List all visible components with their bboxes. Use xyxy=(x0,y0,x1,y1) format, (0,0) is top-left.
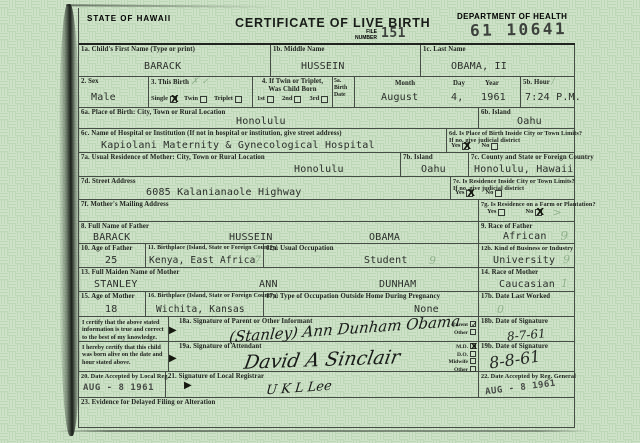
do-checkbox xyxy=(470,351,476,357)
field-1b: 1b. Middle Name HUSSEIN xyxy=(271,45,421,76)
certificate-form: STATE OF HAWAII CERTIFICATE OF LIVE BIRT… xyxy=(78,8,575,428)
field-1c-label: 1c. Last Name xyxy=(421,45,576,54)
field-1a-label: 1a. Child's First Name (Type or print) xyxy=(79,45,270,54)
field-1c: 1c. Last Name OBAMA, II xyxy=(421,45,576,76)
field-8: 8. Full Name of Father BARACK HUSSEIN OB… xyxy=(79,222,479,243)
field-6c-label: 6c. Name of Hospital or Institution (If … xyxy=(79,129,446,138)
form-row-street-address: 7d. Street Address 6085 Kalanianaole Hig… xyxy=(79,177,575,200)
pen-mark-farm: > xyxy=(552,207,561,218)
sex-value: Male xyxy=(91,93,116,103)
arrow-right-icon: ▶ xyxy=(169,326,177,336)
field-7e-label-line1: 7e. Is Residence Inside City or Town Lim… xyxy=(451,177,576,185)
father-race-value: African xyxy=(503,232,547,242)
field-7b-label: 7b. Island xyxy=(401,153,468,162)
7e-yes-checkbox: X xyxy=(466,190,473,197)
field-19a: ▶ 19a. Signature of Attendant David A Si… xyxy=(169,342,479,371)
file-number-label: FILE NUMBER xyxy=(349,29,377,41)
field-1a: 1a. Child's First Name (Type or print) B… xyxy=(79,45,271,76)
6d-yes-checkbox: X xyxy=(462,143,469,150)
field-17b: 17b. Date Last Worked 0 xyxy=(479,292,576,316)
first-label: 1st xyxy=(257,96,265,103)
residence-county-value: Honolulu, Hawaii xyxy=(474,165,574,175)
form-row-mailing-address: 7f. Mother's Mailing Address 7g. Is Resi… xyxy=(79,200,575,222)
do-label: D.O. xyxy=(457,352,468,358)
7g-no-checkbox: X xyxy=(535,209,542,216)
birth-type-checkboxes: SingleX Twin Triplet xyxy=(151,96,244,103)
field-15: 15. Age of Mother 18 xyxy=(79,292,146,316)
form-row-place-of-birth: 6a. Place of Birth: City, Town or Rural … xyxy=(79,108,575,129)
field-18b-label: 18b. Date of Signature xyxy=(479,317,576,326)
attendant-other-checkbox xyxy=(470,366,476,372)
parent-certification-statement: I certify that the above stated informat… xyxy=(79,317,169,341)
midwife-checkbox xyxy=(470,358,476,364)
father-first-name: BARACK xyxy=(93,233,130,243)
field-13: 13. Full Maiden Name of Mother STANLEY A… xyxy=(79,268,479,291)
attendant-certification-statement: I hereby certify that this child was bor… xyxy=(79,342,169,371)
pen-mark-hour: / xyxy=(552,77,555,87)
twin-order-checkboxes: 1st 2nd 3rd xyxy=(257,96,330,103)
field-7d: 7d. Street Address 6085 Kalanianaole Hig… xyxy=(79,177,451,199)
scanned-birth-certificate: STATE OF HAWAII CERTIFICATE OF LIVE BIRT… xyxy=(0,0,640,443)
field-14: 14. Race of Mother Caucasian 1 xyxy=(479,268,576,291)
field-3-label: 3. This Birth ✗ ✓ xyxy=(149,77,252,87)
form-row-birth-details: 2. Sex Male 3. This Birth ✗ ✓ SingleX Tw… xyxy=(79,77,575,108)
form-row-mother: 13. Full Maiden Name of Mother STANLEY A… xyxy=(79,268,575,292)
7g-yes-checkbox xyxy=(498,209,505,216)
pen-mark-this-birth: ✗ ✓ xyxy=(191,77,209,87)
birth-city-value: Honolulu xyxy=(236,117,286,127)
pen-mark-caucasian: 1 xyxy=(561,278,568,289)
field-16: 16. Birthplace (Island, State or Foreign… xyxy=(146,292,264,316)
state-of-hawaii-label: STATE OF HAWAII xyxy=(87,14,171,23)
field-12b-label: 12b. Kind of Business or Industry xyxy=(479,244,576,252)
arrow-right-icon: ▶ xyxy=(184,381,192,391)
single-label: Single xyxy=(151,96,168,103)
triplet-label: Triplet xyxy=(214,96,233,103)
mother-middle-name: ANN xyxy=(259,280,278,290)
field-12a-label: 12a. Usual Occupation xyxy=(264,244,478,253)
pen-mark-university: 9 xyxy=(563,254,570,265)
pen-mark-kenya: 7 xyxy=(255,256,261,266)
field-10: 10. Age of Father 25 xyxy=(79,244,146,267)
field-7b: 7b. Island Oahu xyxy=(401,153,469,176)
field-20-label: 20. Date Accepted by Local Reg. xyxy=(79,372,165,380)
birth-day-value: 4, xyxy=(451,93,463,103)
field-5b-hour: 5b. Hour / 7:24 P.M. xyxy=(521,77,576,107)
attendant-signature-date: 8-8-61 xyxy=(488,348,541,371)
field-4-label-line2: Was Child Born xyxy=(253,86,332,94)
form-header: STATE OF HAWAII CERTIFICATE OF LIVE BIRT… xyxy=(79,8,575,45)
field-7c: 7c. County and State or Foreign Country … xyxy=(469,153,576,176)
field-21: 21. Signature of Local Registrar ▶ U K L… xyxy=(166,372,479,397)
father-industry-value: University xyxy=(493,256,555,266)
field-12a: 12a. Usual Occupation Student 9 xyxy=(264,244,479,267)
pen-mark-african: 9 xyxy=(560,230,568,242)
field-6d-label-line1: 6d. Is Place of Birth Inside City or Tow… xyxy=(447,129,576,137)
field-11: 11. Birthplace (Island, State or Foreign… xyxy=(146,244,264,267)
field-9: 9. Race of Father African 9 xyxy=(479,222,576,243)
form-row-attendant-signature: I hereby certify that this child was bor… xyxy=(79,342,575,372)
child-last-name-value: OBAMA, II xyxy=(451,62,507,72)
field-7c-label: 7c. County and State or Foreign Country xyxy=(469,153,576,162)
field-7e: 7e. Is Residence Inside City or Town Lim… xyxy=(451,177,576,199)
6d-yes-no: YesX No xyxy=(451,143,500,150)
mother-age-value: 18 xyxy=(105,305,117,315)
file-number-stamp: 151 xyxy=(381,26,406,41)
mother-last-name: DUNHAM xyxy=(379,280,416,290)
md-checkbox: X xyxy=(470,343,476,349)
twin-checkbox xyxy=(200,96,207,103)
6d-yes-label: Yes xyxy=(451,143,460,150)
field-16-label: 16. Birthplace (Island, State or Foreign… xyxy=(146,292,263,300)
midwife-label: Midwife xyxy=(448,359,468,365)
field-14-label: 14. Race of Mother xyxy=(479,268,576,277)
field-22: 22. Date Accepted by Reg. General AUG - … xyxy=(479,372,576,397)
attendant-certification-text: I hereby certify that this child was bor… xyxy=(79,342,168,366)
form-row-mother-details: 15. Age of Mother 18 16. Birthplace (Isl… xyxy=(79,292,575,317)
field-7d-label: 7d. Street Address xyxy=(79,177,450,186)
form-row-parent-signature: I certify that the above stated informat… xyxy=(79,317,575,342)
parent-certification-text: I certify that the above stated informat… xyxy=(79,317,168,341)
attendant-signature: David A Sinclair xyxy=(242,348,401,373)
6d-no-checkbox xyxy=(491,143,498,150)
month-header: Month xyxy=(393,79,415,88)
mother-race-value: Caucasian xyxy=(499,280,555,290)
mother-birthplace-value: Wichita, Kansas xyxy=(156,305,245,315)
field-6d: 6d. Is Place of Birth Inside City or Tow… xyxy=(447,129,576,152)
field-2-label: 2. Sex xyxy=(79,77,148,86)
field-6a: 6a. Place of Birth: City, Town or Rural … xyxy=(79,108,479,128)
field-7a: 7a. Usual Residence of Mother: City, Tow… xyxy=(79,153,401,176)
local-reg-date-stamp: AUG - 8 1961 xyxy=(83,383,154,393)
form-row-hospital: 6c. Name of Hospital or Institution (If … xyxy=(79,129,575,153)
parent-signature-date: 8-7-61 xyxy=(507,327,547,342)
birth-month-value: August xyxy=(381,93,418,103)
single-checkbox: X xyxy=(170,96,177,103)
page-bottom-edge xyxy=(56,430,590,432)
field-2-sex: 2. Sex Male xyxy=(79,77,149,107)
birth-hour-value: 7:24 P.M. xyxy=(525,93,581,103)
arrow-right-icon: ▶ xyxy=(169,354,177,364)
field-5a-label: 5a. Birth Date xyxy=(333,77,355,107)
local-registrar-signature: U K L Lee xyxy=(265,380,332,398)
child-middle-name-value: HUSSEIN xyxy=(301,62,345,72)
field-3-this-birth: 3. This Birth ✗ ✓ SingleX Twin Triplet xyxy=(149,77,253,107)
second-checkbox xyxy=(294,96,301,103)
7e-no-label: No xyxy=(485,190,493,197)
form-row-registrar: 20. Date Accepted by Local Reg. AUG - 8 … xyxy=(79,372,575,398)
child-first-name-value: BARACK xyxy=(144,62,181,72)
father-age-value: 25 xyxy=(105,256,117,266)
year-header: Year xyxy=(483,79,499,88)
twin-label: Twin xyxy=(184,96,198,103)
field-13-label: 13. Full Maiden Name of Mother xyxy=(79,268,478,277)
7g-no-label: No xyxy=(525,209,533,216)
field-15-label: 15. Age of Mother xyxy=(79,292,145,301)
field-19b: 19b. Date of Signature 8-8-61 xyxy=(479,342,576,371)
day-header: Day xyxy=(451,79,465,88)
hospital-value: Kapiolani Maternity & Gynecological Hosp… xyxy=(101,141,375,151)
third-label: 3rd xyxy=(309,96,319,103)
7e-yes-label: Yes xyxy=(455,190,464,197)
7e-no-checkbox xyxy=(495,190,502,197)
father-last-name: OBAMA xyxy=(369,233,400,243)
father-occupation-value: Student xyxy=(364,256,408,266)
first-checkbox xyxy=(267,96,274,103)
residence-island-value: Oahu xyxy=(421,165,446,175)
field-6c: 6c. Name of Hospital or Institution (If … xyxy=(79,129,447,152)
form-row-evidence: 23. Evidence for Delayed Filing or Alter… xyxy=(79,398,575,428)
field-22-label: 22. Date Accepted by Reg. General xyxy=(479,372,576,380)
field-23: 23. Evidence for Delayed Filing or Alter… xyxy=(79,398,576,427)
reg-general-date-stamp: AUG - 8 1961 xyxy=(485,379,557,398)
field-4-label-line1: 4. If Twin or Triplet, xyxy=(253,77,332,86)
md-label: M.D. xyxy=(456,344,468,350)
street-address-value: 6085 Kalanianaole Highway xyxy=(146,188,302,198)
pen-mark-student: 9 xyxy=(429,255,436,266)
father-birthplace-value: Kenya, East Africa xyxy=(149,256,256,266)
second-label: 2nd xyxy=(282,96,292,103)
field-11-label: 11. Birthplace (Island, State or Foreign… xyxy=(146,244,263,252)
field-4-twin-order: 4. If Twin or Triplet, Was Child Born 1s… xyxy=(253,77,333,107)
field-18a: ▶ 18a. Signature of Parent or Other Info… xyxy=(169,317,479,341)
field-5b-label: 5b. Hour / xyxy=(521,77,576,87)
attendant-type-checkboxes: M.D.X D.O. Midwife Other xyxy=(448,343,476,373)
field-6b: 6b. Island Oahu xyxy=(479,108,576,128)
field-20: 20. Date Accepted by Local Reg. AUG - 8 … xyxy=(79,372,166,397)
field-7a-label: 7a. Usual Residence of Mother: City, Tow… xyxy=(79,153,400,162)
field-18b: 18b. Date of Signature 8-7-61 xyxy=(479,317,576,341)
form-row-child-name: 1a. Child's First Name (Type or print) B… xyxy=(79,45,575,77)
form-row-residence: 7a. Usual Residence of Mother: City, Tow… xyxy=(79,153,575,177)
field-1b-label: 1b. Middle Name xyxy=(271,45,420,54)
7g-yes-no: Yes NoX > xyxy=(487,207,562,218)
birth-year-value: 1961 xyxy=(481,93,506,103)
field-7g: 7g. Is Residence on a Farm or Plantation… xyxy=(479,200,576,221)
triplet-checkbox xyxy=(235,96,242,103)
parent-checkbox: ✓ xyxy=(470,321,476,327)
form-row-father: 8. Full Name of Father BARACK HUSSEIN OB… xyxy=(79,222,575,244)
field-7f-label: 7f. Mother's Mailing Address xyxy=(79,200,478,209)
pen-mark-date-last-worked: 0 xyxy=(497,304,504,315)
field-8-label: 8. Full Name of Father xyxy=(79,222,478,231)
birth-island-value: Oahu xyxy=(517,117,542,127)
field-5a-birth-date: 5a. Birth Date Month Day Year August 4, … xyxy=(333,77,521,107)
other-informant-label: Other xyxy=(454,330,468,336)
father-middle-name: HUSSEIN xyxy=(229,233,273,243)
certificate-number-stamp: 61 10641 xyxy=(470,19,567,40)
field-17b-label: 17b. Date Last Worked xyxy=(479,292,576,301)
7g-yes-label: Yes xyxy=(487,209,496,216)
third-checkbox xyxy=(321,96,328,103)
field-7f: 7f. Mother's Mailing Address xyxy=(79,200,479,221)
form-row-father-details: 10. Age of Father 25 11. Birthplace (Isl… xyxy=(79,244,575,268)
mother-first-name: STANLEY xyxy=(94,280,138,290)
field-23-label: 23. Evidence for Delayed Filing or Alter… xyxy=(79,398,576,407)
residence-city-value: Honolulu xyxy=(294,165,344,175)
field-12b: 12b. Kind of Business or Industry Univer… xyxy=(479,244,576,267)
6d-no-label: No xyxy=(481,143,489,150)
7e-yes-no: YesX No xyxy=(455,190,504,197)
other-informant-checkbox xyxy=(470,329,476,335)
field-10-label: 10. Age of Father xyxy=(79,244,145,253)
field-17a-label: 17a. Type of Occupation Outside Home Dur… xyxy=(264,292,478,301)
